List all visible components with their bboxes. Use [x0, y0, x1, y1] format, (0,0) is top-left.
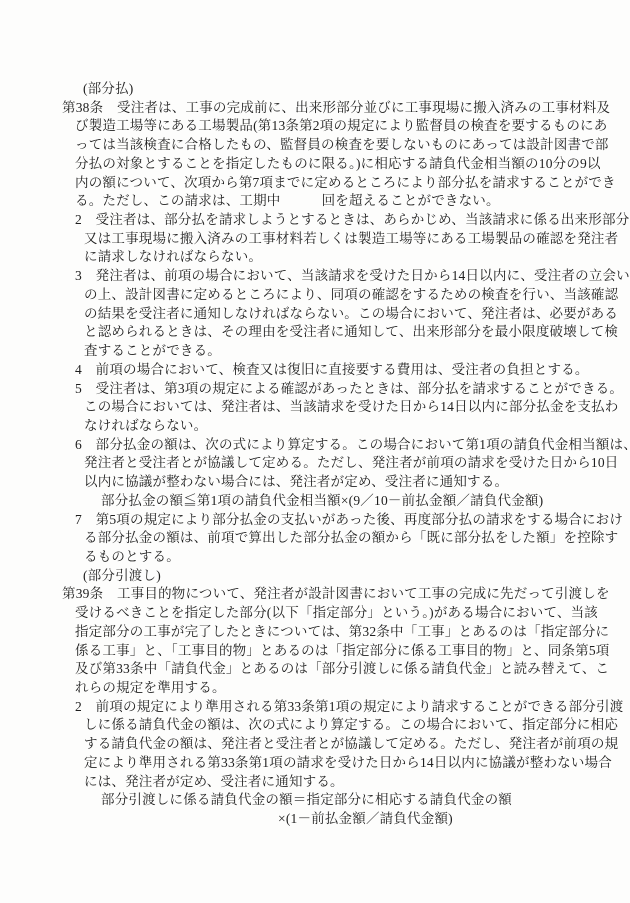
document-line: 発注者と受注者とが協議して定める。ただし、発注者が前項の請求を受けた日から10日 — [62, 454, 592, 473]
document-line: れらの規定を準用する。 — [62, 679, 592, 698]
document-line: 内の額について、次項から第7項までに定めるところにより部分払を請求することができ — [62, 174, 592, 193]
document-line: っては当該検査に合格したもの、監督員の検査を要しないものにあっては設計図書で部 — [62, 136, 592, 155]
document-line: 第39条 工事目的物について、発注者が設計図書において工事の完成に先だって引渡し… — [62, 585, 592, 604]
document-line: に請求しなければならない。 — [62, 248, 592, 267]
document-line: 又は工事現場に搬入済みの工事材料若しくは製造工場等にある工場製品の確認を発注者 — [62, 230, 592, 249]
document-line: 3 発注者は、前項の場合において、当該請求を受けた日から14日以内に、受注者の立… — [62, 267, 592, 286]
document-line: 指定部分の工事が完了したときについては、第32条中「工事」とあるのは「指定部分に — [62, 623, 592, 642]
document-line: と認められるときは、その理由を受注者に通知して、出来形部分を最小限度破壊して検 — [62, 323, 592, 342]
document-line: 以内に協議が整わない場合には、発注者が定め、受注者に通知する。 — [62, 473, 592, 492]
document-line: 5 受注者は、第3項の規定による確認があったときは、部分払を請求することができる… — [62, 380, 592, 399]
contract-text-body: (部分払)第38条 受注者は、工事の完成前に、出来形部分並びに工事現場に搬入済み… — [62, 80, 592, 829]
document-line: ×(1－前払金額／請負代金額) — [62, 810, 592, 829]
document-line: る。ただし、この請求は、工期中 回を超えることができない。 — [62, 192, 592, 211]
document-line: 2 受注者は、部分払を請求しようとするときは、あらかじめ、当該請求に係る出来形部… — [62, 211, 592, 230]
document-line: る部分払金の額は、前項で算出した部分払金の額から「既に部分払をした額」を控除す — [62, 529, 592, 548]
document-line: 2 前項の規定により準用される第33条第1項の規定により請求することができる部分… — [62, 698, 592, 717]
document-line: るものとする。 — [62, 548, 592, 567]
document-line: には、発注者が定め、受注者に通知する。 — [62, 773, 592, 792]
document-line: しに係る請負代金の額は、次の式により算定する。この場合において、指定部分に相応 — [62, 716, 592, 735]
document-line: び製造工場等にある工場製品(第13条第2項の規定により監督員の検査を要するものに… — [62, 117, 592, 136]
document-line: なければならない。 — [62, 417, 592, 436]
document-page: (部分払)第38条 受注者は、工事の完成前に、出来形部分並びに工事現場に搬入済み… — [0, 0, 630, 903]
document-line: 定により準用される第33条第1項の請求を受けた日から14日以内に協議が整わない場… — [62, 754, 592, 773]
document-line: の上、設計図書に定めるところにより、同項の確認をするための検査を行い、当該確認 — [62, 286, 592, 305]
document-line: の結果を受注者に通知しなければならない。この場合において、発注者は、必要がある — [62, 305, 592, 324]
document-line: (部分引渡し) — [62, 567, 592, 586]
document-line: 4 前項の場合において、検査又は復旧に直接要する費用は、受注者の負担とする。 — [62, 361, 592, 380]
document-line: (部分払) — [62, 80, 592, 99]
document-line: 部分引渡しに係る請負代金の額＝指定部分に相応する請負代金の額 — [62, 791, 592, 810]
document-line: 第38条 受注者は、工事の完成前に、出来形部分並びに工事現場に搬入済みの工事材料… — [62, 99, 592, 118]
document-line: この場合においては、発注者は、当該請求を受けた日から14日以内に部分払金を支払わ — [62, 398, 592, 417]
document-line: する請負代金の額は、発注者と受注者とが協議して定める。ただし、発注者が前項の規 — [62, 735, 592, 754]
document-line: 7 第5項の規定により部分払金の支払いがあった後、再度部分払の請求をする場合にお… — [62, 511, 592, 530]
document-line: 6 部分払金の額は、次の式により算定する。この場合において第1項の請負代金相当額… — [62, 436, 592, 455]
document-line: 係る工事」と、「工事目的物」とあるのは「指定部分に係る工事目的物」と、同条第5項 — [62, 642, 592, 661]
document-line: 部分払金の額≦第1項の請負代金相当額×(9／10－前払金額／請負代金額) — [62, 492, 592, 511]
document-line: 分払の対象とすることを指定したものに限る。)に相応する請負代金相当額の10分の9… — [62, 155, 592, 174]
document-line: 及び第33条中「請負代金」とあるのは「部分引渡しに係る請負代金」と読み替えて、こ — [62, 660, 592, 679]
document-line: 査することができる。 — [62, 342, 592, 361]
document-line: 受けるべきことを指定した部分(以下「指定部分」という。)がある場合において、当該 — [62, 604, 592, 623]
